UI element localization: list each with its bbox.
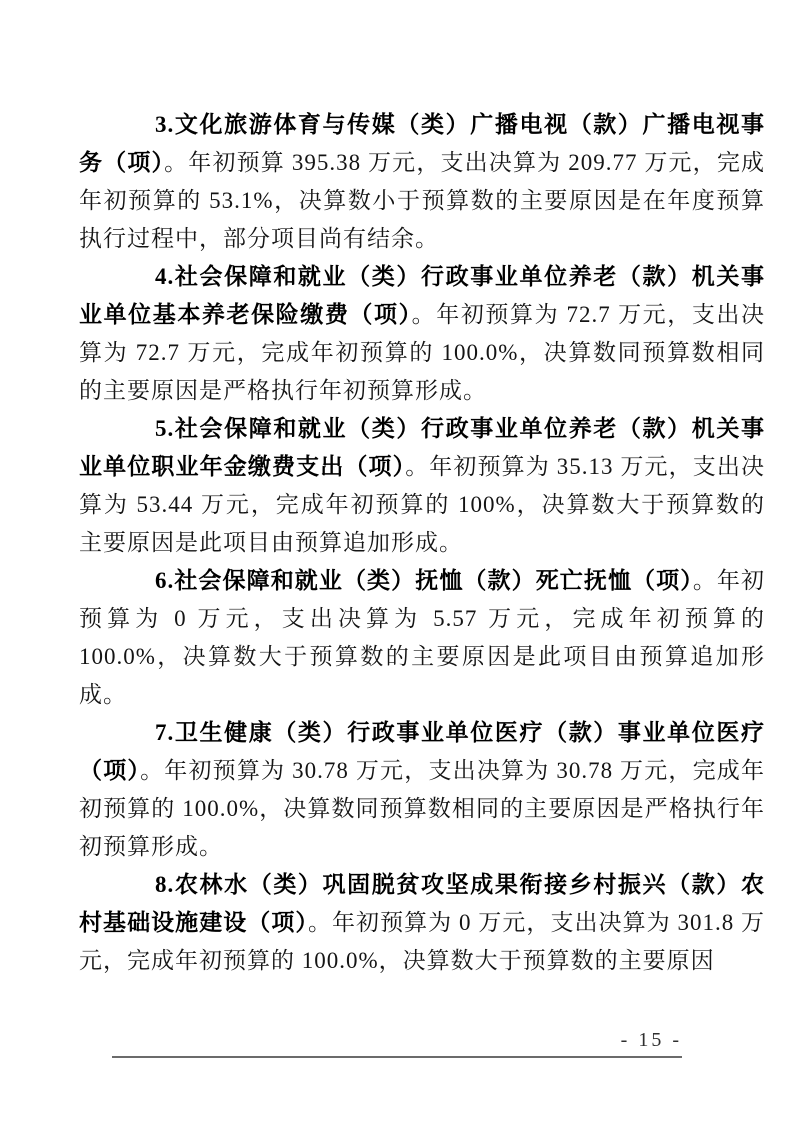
paragraph: 7.卫生健康（类）行政事业单位医疗（款）事业单位医疗（项）。年初预算为 30.7… xyxy=(79,714,765,866)
paragraph-heading: 6.社会保障和就业（类）抚恤（款）死亡抚恤（项） xyxy=(155,568,693,593)
body-text: 3.文化旅游体育与传媒（类）广播电视（款）广播电视事务（项）。年初预算 395.… xyxy=(79,106,765,1018)
paragraph: 4.社会保障和就业（类）行政事业单位养老（款）机关事业单位基本养老保险缴费（项）… xyxy=(79,258,765,410)
paragraph-body: 。年初预算为 30.78 万元，支出决算为 30.78 万元，完成年初预算的 1… xyxy=(79,758,765,859)
paragraph: 8.农林水（类）巩固脱贫攻坚成果衔接乡村振兴（款）农村基础设施建设（项）。年初预… xyxy=(79,866,765,980)
paragraph: 5.社会保障和就业（类）行政事业单位养老（款）机关事业单位职业年金缴费支出（项）… xyxy=(79,410,765,562)
footer-divider xyxy=(112,1056,682,1058)
paragraph-body: 。年初预算 395.38 万元，支出决算为 209.77 万元，完成年初预算的 … xyxy=(79,150,765,251)
paragraph: 6.社会保障和就业（类）抚恤（款）死亡抚恤（项）。年初预算为 0 万元，支出决算… xyxy=(79,562,765,714)
page-number: - 15 - xyxy=(621,1028,682,1052)
document-page: 3.文化旅游体育与传媒（类）广播电视（款）广播电视事务（项）。年初预算 395.… xyxy=(0,0,793,1122)
paragraph: 3.文化旅游体育与传媒（类）广播电视（款）广播电视事务（项）。年初预算 395.… xyxy=(79,106,765,258)
